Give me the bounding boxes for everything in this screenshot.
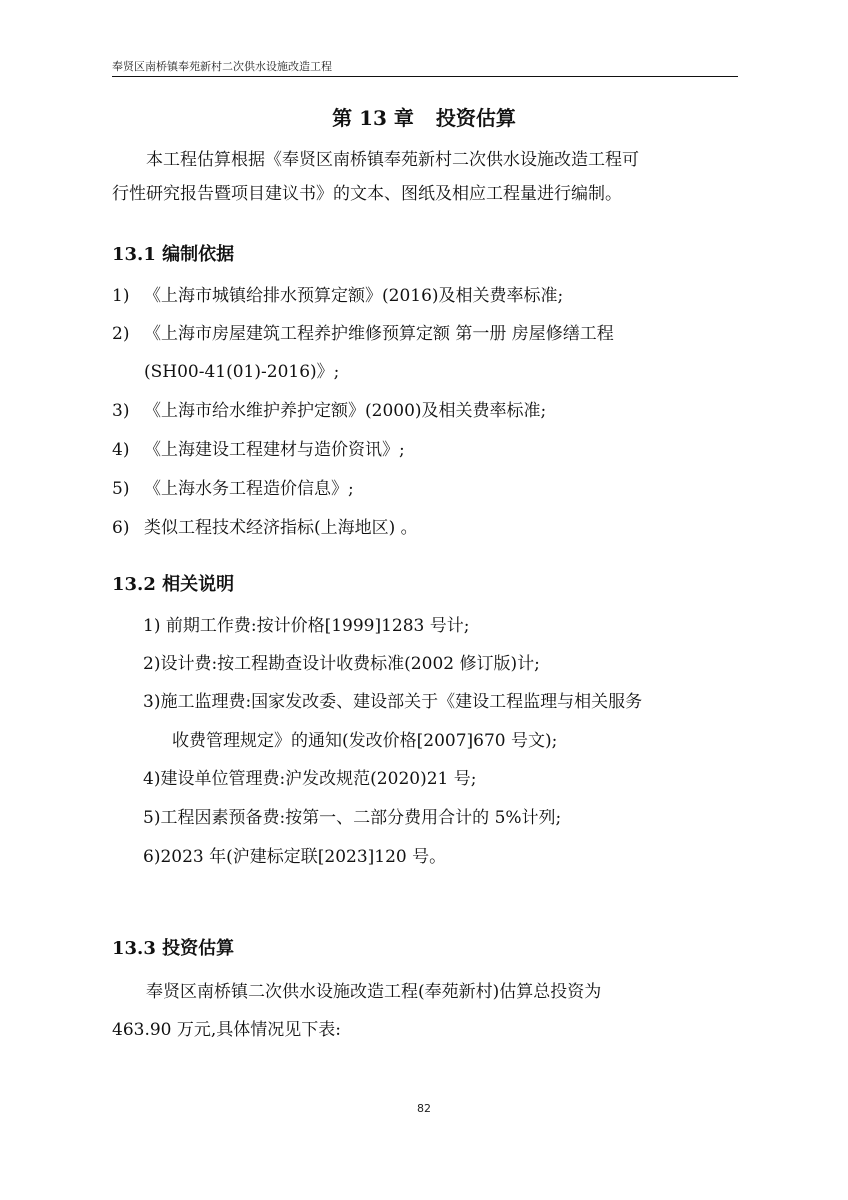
basis-item-2-continuation: (SH00-41(01)-2016)》; [144, 364, 339, 381]
note-item-3: 3)施工监理费:国家发改委、建设部关于《建设工程监理与相关服务 [143, 694, 642, 711]
note-item-6: 6)2023 年(沪建标定联[2023]120 号。 [143, 849, 446, 866]
page-number: 82 [0, 1102, 848, 1115]
chapter-title: 第 13 章投资估算 [0, 102, 848, 131]
note-item-2: 2)设计费:按工程勘查设计收费标准(2002 修订版)计; [143, 656, 540, 673]
note-item-5: 5)工程因素预备费:按第一、二部分费用合计的 5%计列; [143, 810, 561, 827]
chapter-name: 投资估算 [436, 106, 516, 130]
section-heading-13-1: 13.1 编制依据 [112, 246, 234, 264]
basis-item-6: 6)类似工程技术经济指标(上海地区) 。 [112, 520, 418, 537]
basis-item-2: 2)《上海市房屋建筑工程养护维修预算定额 第一册 房屋修缮工程 [112, 326, 614, 343]
note-item-1: 1) 前期工作费:按计价格[1999]1283 号计; [143, 618, 470, 635]
intro-paragraph-line-2: 行性研究报告暨项目建议书》的文本、图纸及相应工程量进行编制。 [112, 186, 622, 203]
section-heading-13-3: 13.3 投资估算 [112, 940, 234, 958]
estimate-paragraph-line-1: 奉贤区南桥镇二次供水设施改造工程(奉苑新村)估算总投资为 [146, 984, 601, 1001]
intro-paragraph-line-1: 本工程估算根据《奉贤区南桥镇奉苑新村二次供水设施改造工程可 [146, 152, 639, 169]
chapter-number: 第 13 章 [332, 106, 414, 130]
basis-item-3: 3)《上海市给水维护养护定额》(2000)及相关费率标准; [112, 403, 546, 420]
estimate-paragraph-line-2: 463.90 万元,具体情况见下表: [112, 1022, 341, 1039]
section-heading-13-2: 13.2 相关说明 [112, 576, 234, 594]
note-item-4: 4)建设单位管理费:沪发改规范(2020)21 号; [143, 771, 476, 788]
basis-item-5: 5)《上海水务工程造价信息》; [112, 481, 354, 498]
note-item-3-continuation: 收费管理规定》的通知(发改价格[2007]670 号文); [172, 733, 557, 750]
running-header: 奉贤区南桥镇奉苑新村二次供水设施改造工程 [112, 58, 738, 74]
basis-item-4: 4)《上海建设工程建材与造价资讯》; [112, 442, 405, 459]
basis-item-1: 1)《上海市城镇给排水预算定额》(2016)及相关费率标准; [112, 288, 563, 305]
header-divider [112, 76, 738, 77]
